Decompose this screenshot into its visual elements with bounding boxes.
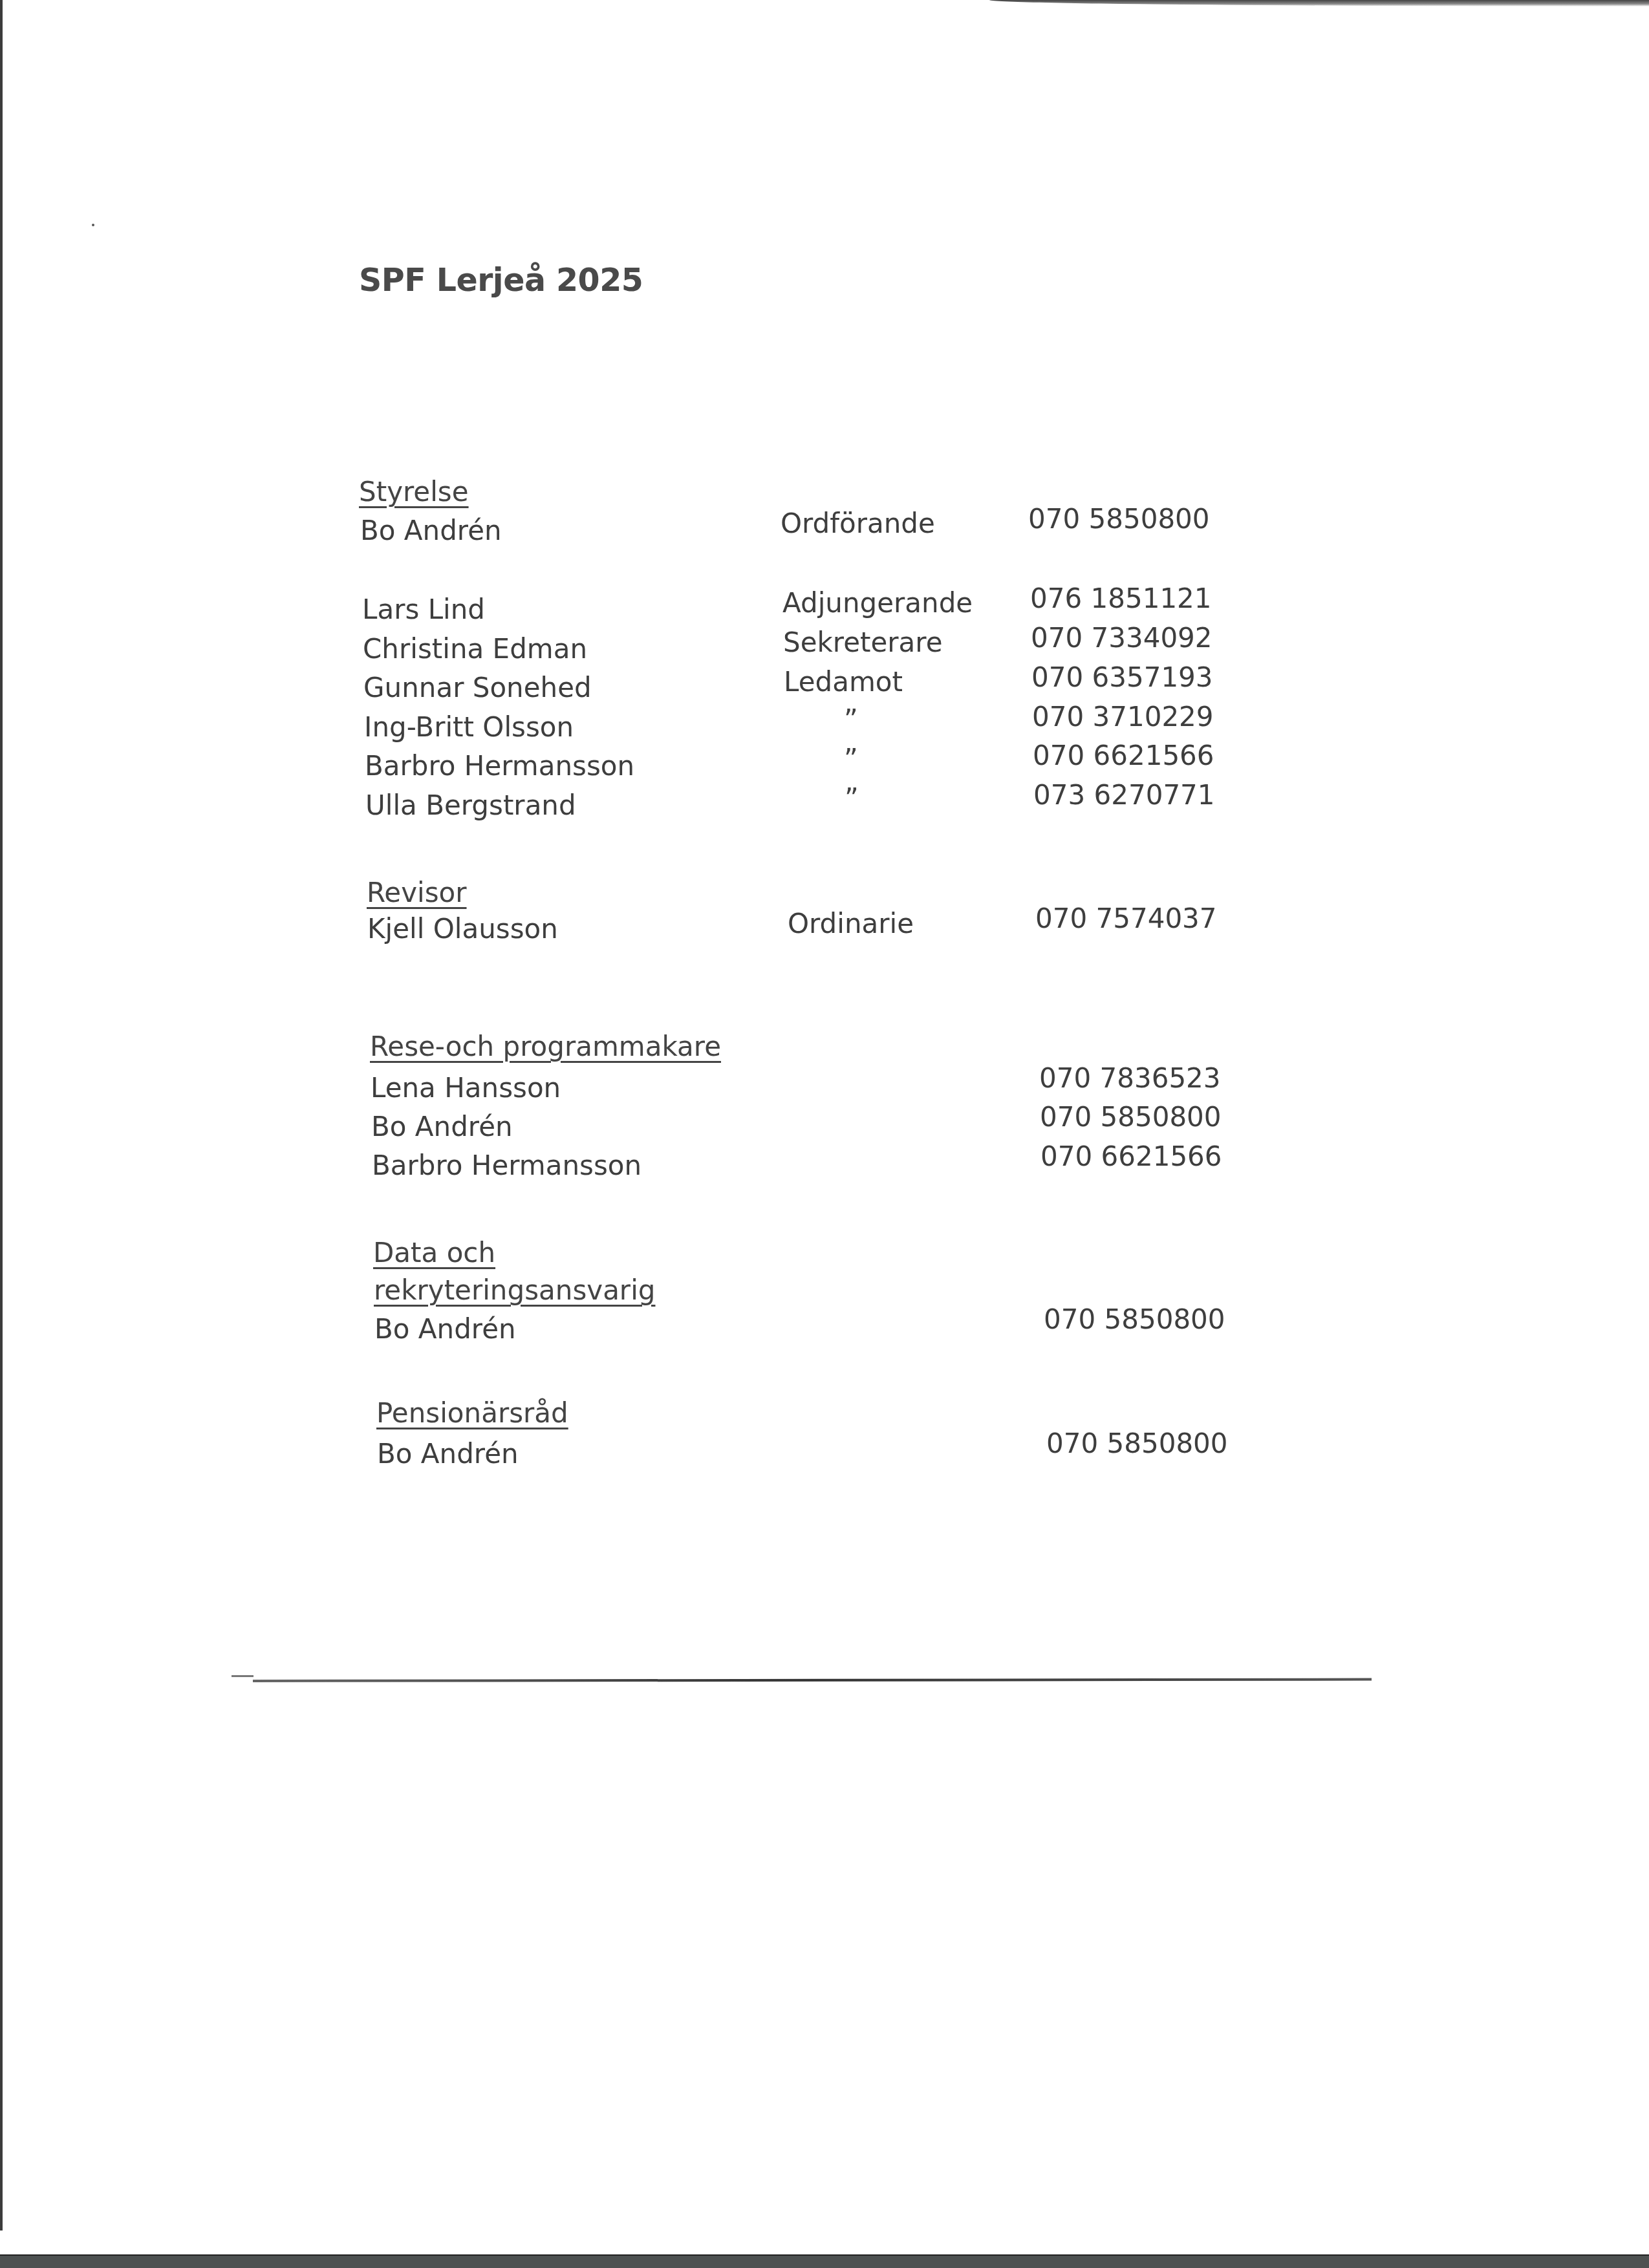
member-name: Gunnar Sonehed — [363, 674, 592, 701]
member-name: Kjell Olausson — [367, 915, 558, 943]
member-name: Bo Andrén — [377, 1440, 519, 1468]
member-name: Bo Andrén — [360, 517, 502, 544]
member-name: Barbro Hermansson — [372, 1152, 641, 1179]
document-title: SPF Lerjeå 2025 — [359, 262, 643, 299]
member-phone: 070 3710229 — [1032, 703, 1214, 731]
member-role: Ordinarie — [788, 910, 914, 937]
section-heading-revisor: Revisor — [367, 879, 467, 906]
member-phone: 070 5850800 — [1028, 506, 1210, 533]
member-role: Sekreterare — [783, 629, 943, 656]
section-heading-pension: Pensionärsråd — [376, 1400, 568, 1427]
member-name: Lena Hansson — [371, 1075, 561, 1102]
member-role-ditto: ” — [844, 706, 858, 733]
member-name: Ing-Britt Olsson — [364, 714, 574, 741]
member-name: Christina Edman — [363, 636, 587, 663]
scan-shadow-top — [989, 0, 1649, 6]
member-phone: 070 5850800 — [1046, 1430, 1228, 1457]
member-name: Lars Lind — [362, 596, 485, 623]
member-role-ditto: ” — [844, 745, 858, 773]
member-phone: 073 6270771 — [1033, 782, 1215, 809]
member-phone: 070 6621566 — [1033, 742, 1214, 769]
member-role: Ledamot — [784, 669, 903, 696]
member-name: Ulla Bergstrand — [365, 792, 576, 819]
member-role: Ordförande — [781, 510, 935, 537]
scan-edge-bottom — [0, 2254, 1649, 2268]
member-phone: 070 7574037 — [1035, 905, 1217, 932]
member-phone: 070 5850800 — [1040, 1104, 1222, 1131]
scan-speck — [92, 224, 94, 226]
section-heading-data-line1: Data och — [373, 1239, 495, 1267]
member-phone: 076 1851121 — [1030, 585, 1212, 612]
section-heading-data-line2: rekryteringsansvarig — [374, 1277, 655, 1304]
scan-edge-left — [0, 0, 3, 2231]
member-name: Bo Andrén — [374, 1316, 516, 1343]
member-phone: 070 6621566 — [1040, 1143, 1222, 1170]
section-heading-styrelse: Styrelse — [359, 478, 469, 506]
member-name: Barbro Hermansson — [365, 753, 634, 780]
horizontal-rule — [253, 1678, 1372, 1682]
member-phone: 070 7334092 — [1031, 625, 1212, 652]
section-heading-rese: Rese-och programmakare — [370, 1033, 721, 1060]
member-phone: 070 6357193 — [1031, 664, 1213, 691]
member-phone: 070 5850800 — [1044, 1306, 1225, 1333]
rule-stub — [232, 1675, 253, 1677]
member-name: Bo Andrén — [371, 1113, 513, 1140]
member-phone: 070 7836523 — [1039, 1065, 1221, 1092]
member-role: Adjungerande — [782, 590, 973, 617]
member-role-ditto: ” — [845, 785, 859, 812]
